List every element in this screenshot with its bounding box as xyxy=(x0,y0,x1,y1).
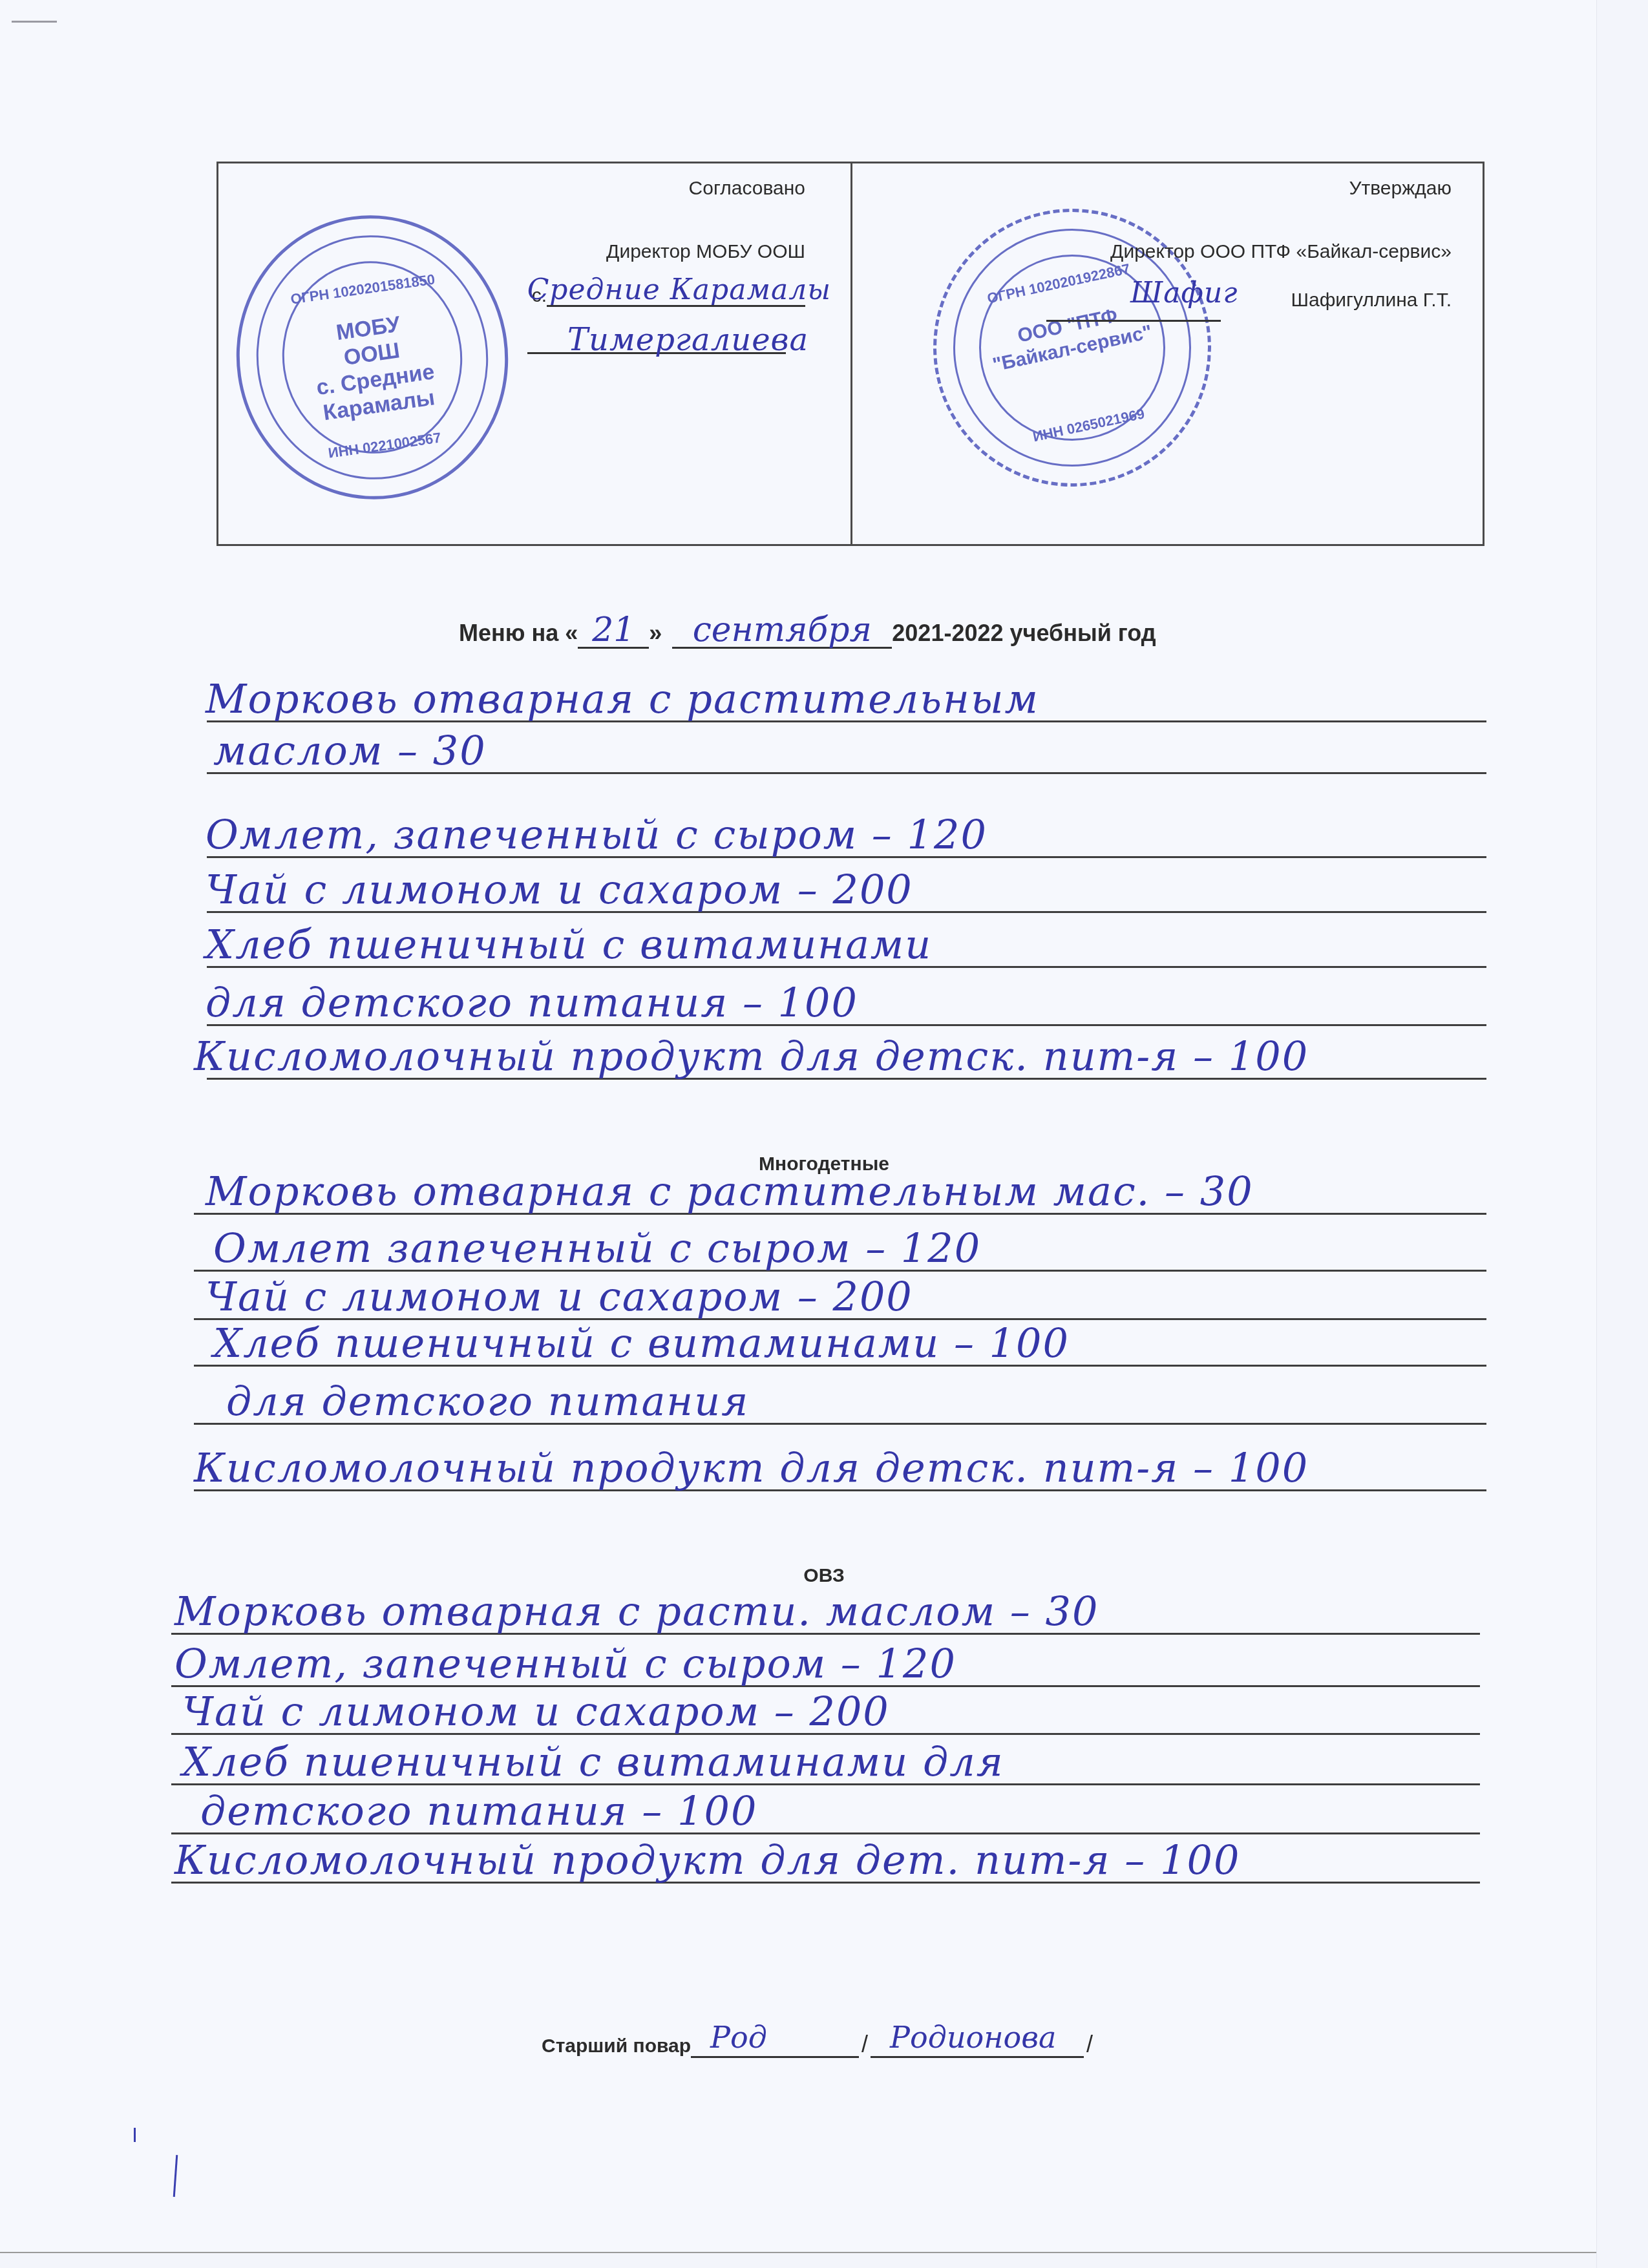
title-suffix: 2021-2022 учебный год xyxy=(892,620,1156,646)
date-day-handwritten: 21 xyxy=(592,611,635,649)
separator: / xyxy=(861,2031,868,2057)
cook-signature-field: Род xyxy=(691,2034,859,2058)
date-day-field: 21 xyxy=(578,617,649,649)
scan-page-edge-bottom xyxy=(0,2252,1596,2268)
cook-signature-row: Старший поварРод/Родионова/ xyxy=(542,2031,1095,2058)
menu-item-line: для детского питания – 100 xyxy=(206,979,858,1026)
scan-page-edge xyxy=(1596,0,1648,2268)
cook-signature-handwritten: Род xyxy=(710,2020,767,2055)
menu-item-line: Морковь отварная с растительным xyxy=(206,675,1039,722)
menu-item-line: Хлеб пшеничный с витаминами для xyxy=(182,1738,1004,1785)
title-quote-close: » xyxy=(649,620,662,646)
approval-heading: Согласовано xyxy=(689,178,805,200)
menu-item-line: Кисломолочный продукт для дет. пит-я – 1… xyxy=(174,1836,1240,1884)
approval-cell-approved: ОГРН 1020201922867 ООО "ПТФ "Байкал-серв… xyxy=(852,163,1483,544)
approver-position: Директор ООО ПТФ «Байкал-сервис» xyxy=(1110,241,1452,263)
section-heading: ОВЗ xyxy=(0,1565,1648,1587)
menu-item-line: Омлет, запеченный с сыром – 120 xyxy=(174,1640,956,1687)
school-stamp: ОГРН 1020201581850 МОБУ ООШ с. Средние К… xyxy=(218,198,526,517)
approval-cell-agreed: ОГРН 1020201581850 МОБУ ООШ с. Средние К… xyxy=(218,163,852,544)
approver-position: Директор МОБУ ООШ xyxy=(606,241,805,263)
place-handwritten: Средние Карамалы xyxy=(527,273,831,306)
menu-item-line: для детского питания xyxy=(226,1378,749,1425)
approval-table: ОГРН 1020201581850 МОБУ ООШ с. Средние К… xyxy=(217,162,1484,546)
menu-item-line: Морковь отварная с расти. маслом – 30 xyxy=(174,1588,1099,1635)
signature-handwritten: Тимергалиева xyxy=(567,322,808,358)
menu-item-line: Омлет запеченный с сыром – 120 xyxy=(213,1224,981,1272)
menu-item-line: Кисломолочный продукт для детск. пит-я –… xyxy=(194,1444,1309,1491)
menu-item-line: Чай с лимоном и сахаром – 200 xyxy=(182,1688,890,1735)
menu-item-line: Чай с лимоном и сахаром – 200 xyxy=(206,866,913,913)
date-month-field: сентября xyxy=(672,617,892,649)
approver-name: Шафигуллина Г.Т. xyxy=(1291,289,1452,311)
menu-title: Меню на «21»сентября2021-2022 учебный го… xyxy=(459,617,1156,649)
approval-heading: Утверждаю xyxy=(1349,178,1452,200)
menu-item-line: маслом – 30 xyxy=(213,727,487,774)
cook-name-handwritten: Родионова xyxy=(890,2020,1056,2055)
cook-label: Старший повар xyxy=(542,2035,691,2057)
signature-line xyxy=(1046,320,1221,322)
menu-item-line: Хлеб пшеничный с витаминами xyxy=(206,921,932,968)
menu-item-line: Морковь отварная с растительным мас. – 3… xyxy=(206,1168,1254,1215)
menu-item-line: Хлеб пшеничный с витаминами – 100 xyxy=(213,1319,1070,1367)
title-prefix: Меню на « xyxy=(459,620,578,646)
pen-mark xyxy=(173,2155,178,2197)
cook-name-field: Родионова xyxy=(871,2034,1084,2058)
menu-item-line: Омлет, запеченный с сыром – 120 xyxy=(206,811,988,858)
date-month-handwritten: сентября xyxy=(693,611,872,649)
menu-item-line: Чай с лимоном и сахаром – 200 xyxy=(206,1273,913,1320)
menu-item-line: Кисломолочный продукт для детск. пит-я –… xyxy=(194,1033,1309,1080)
menu-item-line: детского питания – 100 xyxy=(200,1787,757,1834)
scan-mark xyxy=(12,21,57,23)
pen-mark xyxy=(134,2128,136,2142)
signature-handwritten: Шафиг xyxy=(1130,277,1238,310)
company-stamp: ОГРН 1020201922867 ООО "ПТФ "Байкал-серв… xyxy=(907,183,1237,512)
separator: / xyxy=(1086,2031,1093,2057)
